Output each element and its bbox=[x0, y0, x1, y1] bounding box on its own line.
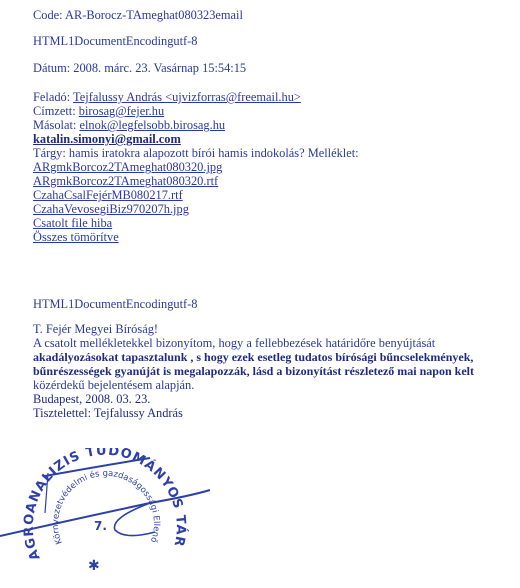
sender-label: Feladó: bbox=[33, 90, 73, 104]
encoding-line: HTML1DocumentEncodingutf-8 bbox=[33, 34, 198, 48]
closing-signature: Tisztelettel: Tejfalussy András bbox=[33, 406, 183, 420]
recipient-link[interactable]: birosag@fejer.hu bbox=[79, 104, 164, 118]
paragraph-line: közérdekű bejelentésem alapján. bbox=[33, 378, 194, 392]
attachment-link[interactable]: ARgmkBorcoz2TAmeghat080320.jpg bbox=[33, 160, 222, 174]
cc-label: Másolat: bbox=[33, 118, 79, 132]
attachment-error-link[interactable]: Csatolt file hiba bbox=[33, 216, 112, 230]
sender-link[interactable]: Tejfalussy András <ujvizforras@freemail.… bbox=[73, 90, 301, 104]
svg-text:AGROANALIZIS TUDOMÁNYOS TÁRSAS: AGROANALIZIS TUDOMÁNYOS TÁRSASÁG bbox=[0, 448, 189, 562]
cc-row: Másolat: elnok@legfelsobb.birosag.hu bbox=[33, 118, 225, 132]
official-stamp: AGROANALIZIS TUDOMÁNYOS TÁRSASÁG Környez… bbox=[0, 448, 240, 588]
document-code: Code: AR-Borocz-TAmeghat080323email bbox=[33, 8, 243, 22]
cc-link-2[interactable]: katalin.simonyi@gmail.com bbox=[33, 132, 181, 146]
recipient-row: Címzett: birosag@fejer.hu bbox=[33, 104, 164, 118]
attachment-link[interactable]: CzahaCsalFejérMB080217.rtf bbox=[33, 188, 183, 202]
sender-row: Feladó: Tejfalussy András <ujvizforras@f… bbox=[33, 90, 301, 104]
recipient-label: Címzett: bbox=[33, 104, 79, 118]
cc-link-1[interactable]: elnok@legfelsobb.birosag.hu bbox=[79, 118, 225, 132]
encoding-line-2: HTML1DocumentEncodingutf-8 bbox=[33, 297, 198, 311]
attachment-all-zipped-link[interactable]: Összes tömörítve bbox=[33, 230, 119, 244]
paragraph-line: akadályozásokat tapasztalunk , s hogy ez… bbox=[33, 350, 473, 364]
attachment-link[interactable]: CzahaVevosegiBiz970207h.jpg bbox=[33, 202, 189, 216]
place-date: Budapest, 2008. 03. 23. bbox=[33, 392, 150, 406]
paragraph-line: A csatolt mellékletekkel bizonyítom, hog… bbox=[33, 336, 435, 350]
attachment-link[interactable]: ARgmkBorcoz2TAmeghat080320.rtf bbox=[33, 174, 218, 188]
cc-row-2: katalin.simonyi@gmail.com bbox=[33, 132, 181, 146]
paragraph-line: bűnrészességek gyanúját is megalapozzák,… bbox=[33, 364, 474, 378]
email-date: Dátum: 2008. márc. 23. Vasárnap 15:54:15 bbox=[33, 61, 246, 75]
salutation: T. Fejér Megyei Bíróság! bbox=[33, 322, 158, 336]
svg-text:✱: ✱ bbox=[88, 558, 100, 574]
stamp-seal-icon: AGROANALIZIS TUDOMÁNYOS TÁRSASÁG Környez… bbox=[0, 448, 240, 588]
subject-line: Tárgy: hamis iratokra alapozott bírói ha… bbox=[33, 146, 359, 160]
svg-text:7.: 7. bbox=[94, 519, 107, 533]
